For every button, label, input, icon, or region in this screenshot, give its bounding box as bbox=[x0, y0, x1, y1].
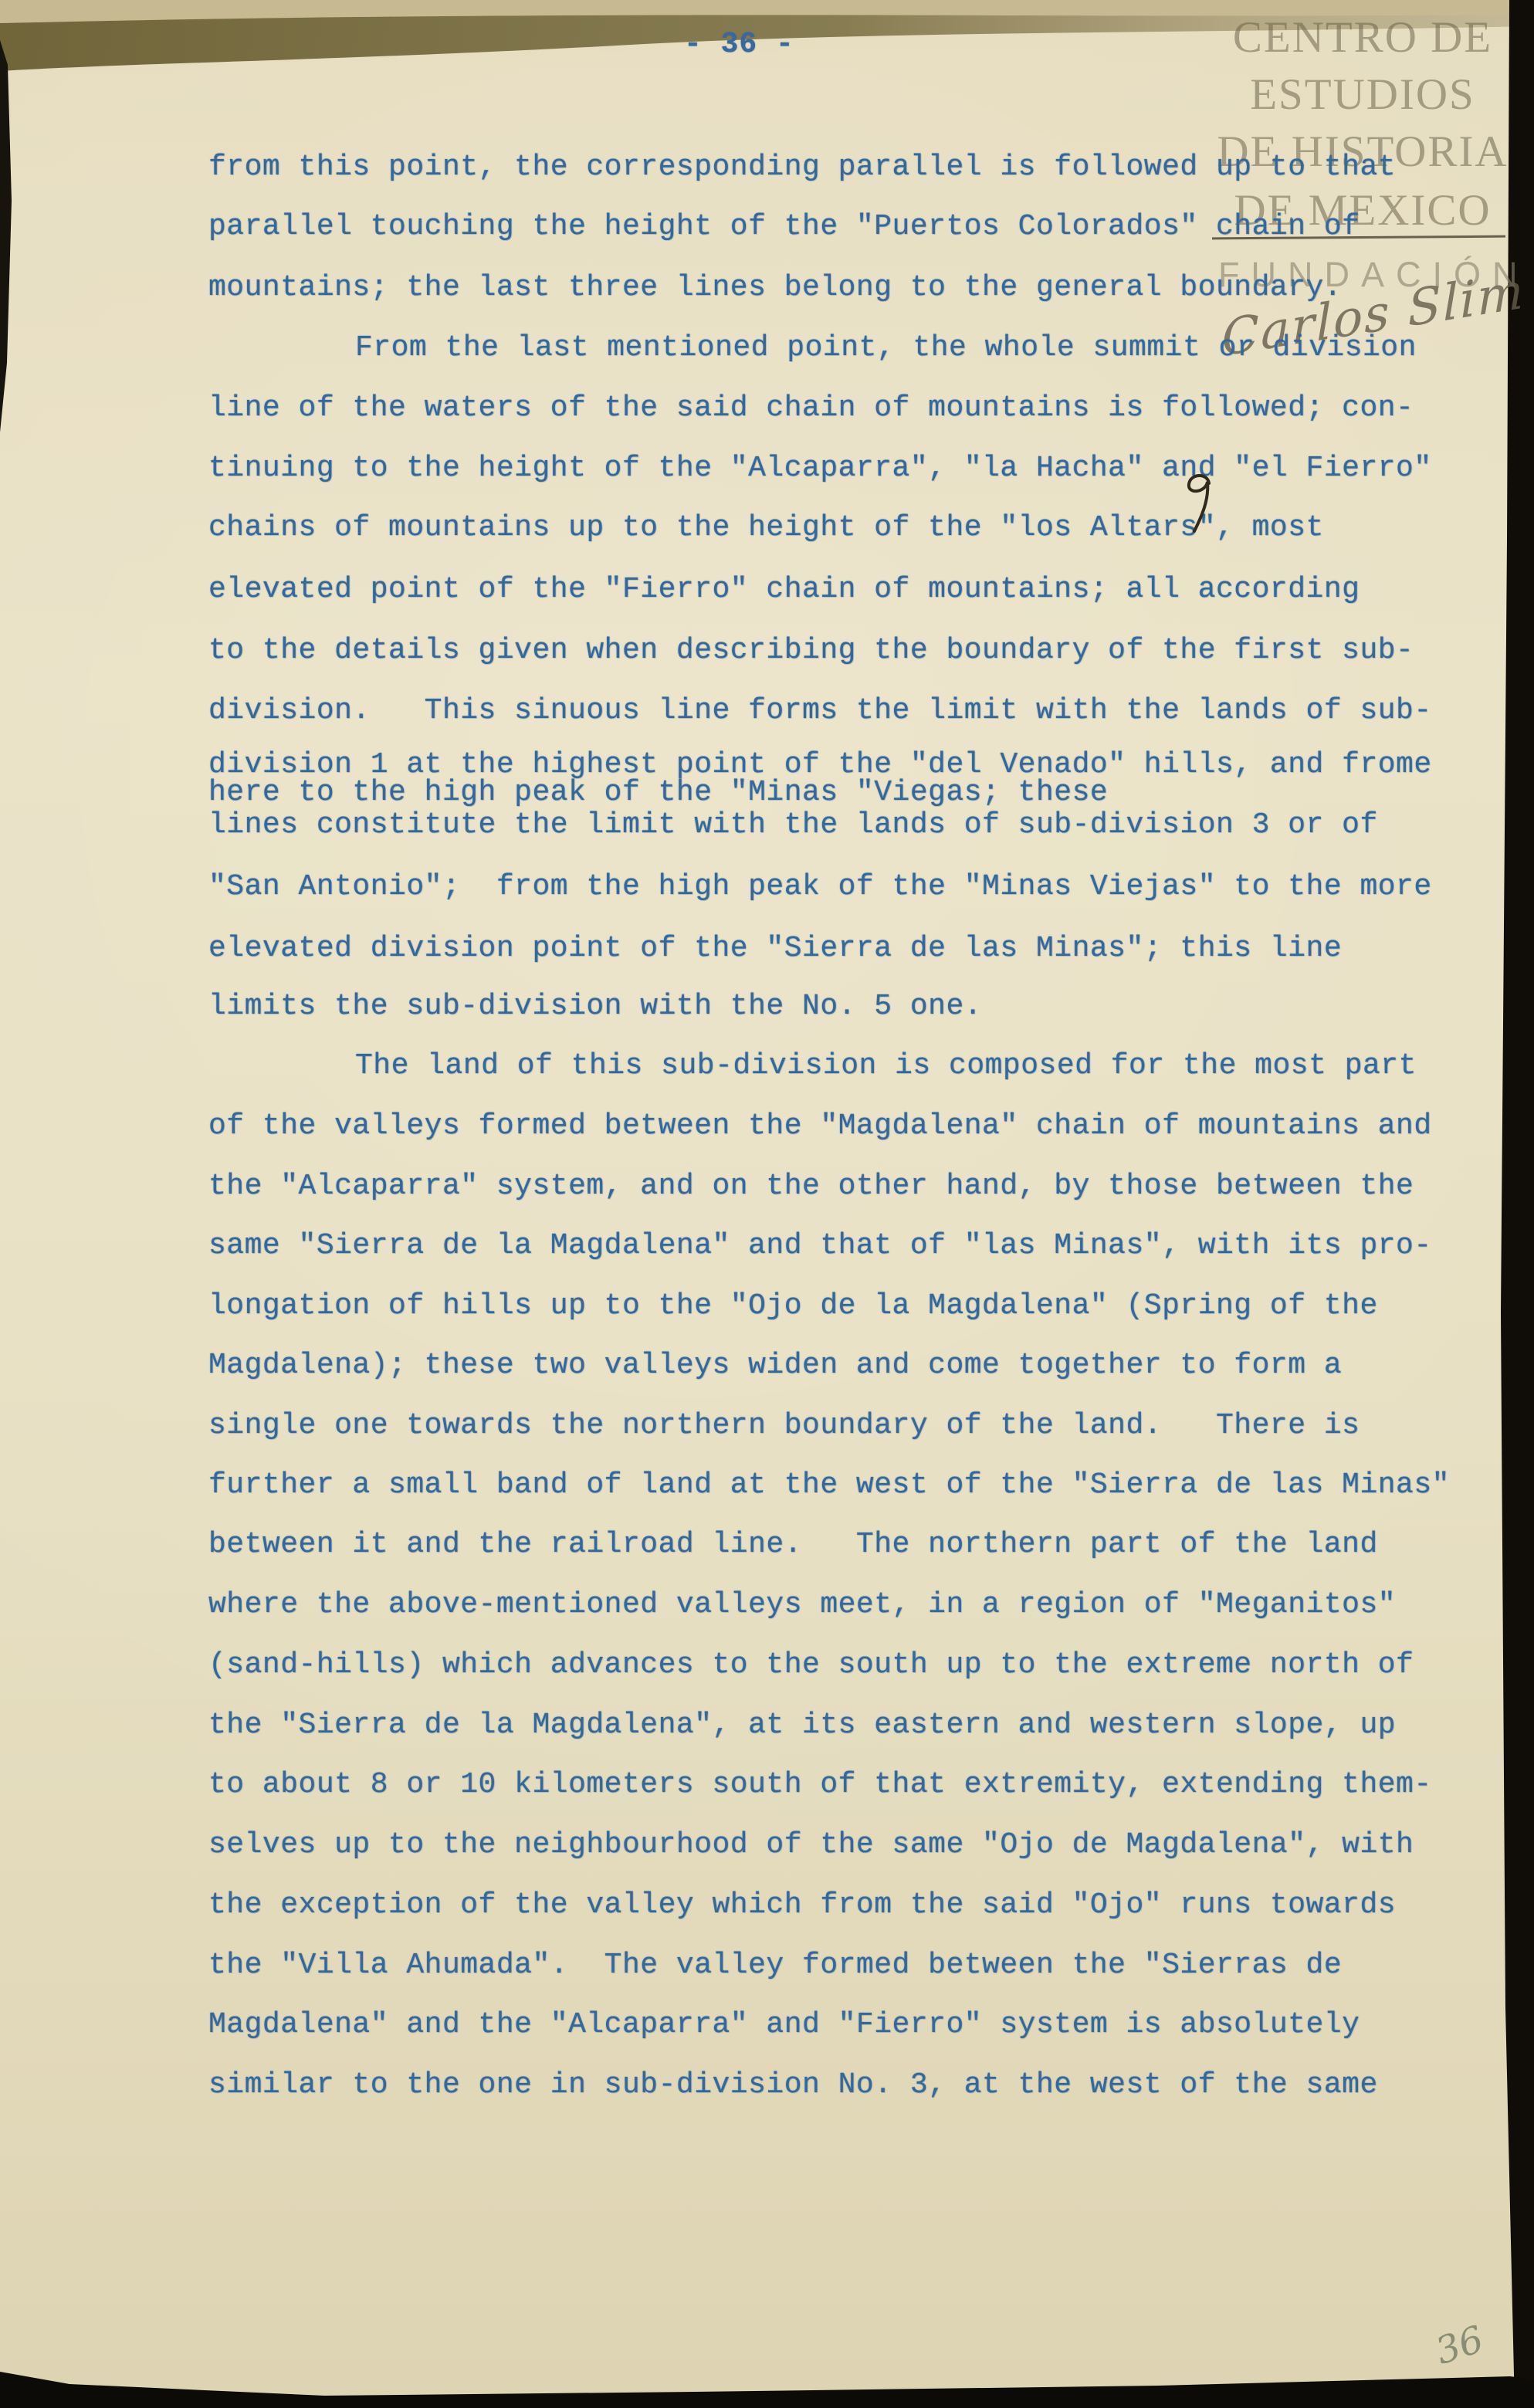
typewritten-line: From the last mentioned point, the whole… bbox=[355, 332, 1417, 364]
typewritten-line: division. This sinuous line forms the li… bbox=[208, 695, 1432, 727]
typewritten-line: limits the sub-division with the No. 5 o… bbox=[208, 991, 982, 1023]
typewritten-line: the "Sierra de la Magdalena", at its eas… bbox=[208, 1709, 1396, 1742]
typewritten-line: the "Alcaparra" system, and on the other… bbox=[208, 1170, 1414, 1203]
right-edge-shadow bbox=[1501, 0, 1534, 2408]
typewritten-line: elevated division point of the "Sierra d… bbox=[208, 933, 1342, 965]
typewritten-line: the "Villa Ahumada". The valley formed b… bbox=[208, 1949, 1342, 1982]
typewritten-line: Magdalena); these two valleys widen and … bbox=[208, 1350, 1342, 1382]
typewritten-line: mountains; the last three lines belong t… bbox=[208, 272, 1342, 304]
typewritten-line: to the details given when describing the… bbox=[208, 635, 1414, 667]
typewritten-line: elevated point of the "Fierro" chain of … bbox=[208, 574, 1360, 606]
watermark-line-2: ESTUDIOS bbox=[1193, 69, 1532, 120]
scanned-document-page: - 36 - CENTRO DE ESTUDIOS DE HISTORIA DE… bbox=[0, 0, 1534, 2408]
typewritten-line: of the valleys formed between the "Magda… bbox=[208, 1110, 1432, 1143]
typewritten-line: where the above-mentioned valleys meet, … bbox=[208, 1589, 1396, 1621]
handwritten-letter-e-icon bbox=[1178, 462, 1232, 539]
typewritten-line: parallel touching the height of the "Pue… bbox=[208, 211, 1360, 243]
typewritten-line: lines constitute the limit with the land… bbox=[208, 809, 1378, 842]
typewritten-line: to about 8 or 10 kilometers south of tha… bbox=[208, 1769, 1432, 1801]
typewritten-line: further a small band of land at the west… bbox=[208, 1469, 1450, 1502]
typewritten-line-interlined: here to the high peak of the "Minas "Vie… bbox=[208, 777, 1108, 809]
page-number-bottom-handwritten: 36 bbox=[1431, 2318, 1488, 2373]
typewritten-line: tinuing to the height of the "Alcaparra"… bbox=[208, 452, 1432, 485]
left-edge-tear bbox=[0, 40, 12, 432]
typewritten-line: similar to the one in sub-division No. 3… bbox=[208, 2069, 1378, 2101]
typewritten-line: "San Antonio"; from the high peak of the… bbox=[208, 871, 1432, 903]
typewritten-line: single one towards the northern boundary… bbox=[208, 1410, 1360, 1442]
page-number-top: - 36 - bbox=[684, 28, 794, 61]
typewritten-line: chains of mountains up to the height of … bbox=[208, 512, 1324, 544]
typewritten-line: (sand-hills) which advances to the south… bbox=[208, 1649, 1414, 1682]
typewritten-line: Magdalena" and the "Alcaparra" and "Fier… bbox=[208, 2009, 1360, 2041]
typewritten-line: line of the waters of the said chain of … bbox=[208, 392, 1414, 425]
bottom-edge-shadow bbox=[0, 2372, 1534, 2408]
typewritten-line: longation of hills up to the "Ojo de la … bbox=[208, 1290, 1378, 1323]
typewritten-line: The land of this sub-division is compose… bbox=[355, 1050, 1417, 1082]
typewritten-line: the exception of the valley which from t… bbox=[208, 1889, 1396, 1922]
typewritten-line: same "Sierra de la Magdalena" and that o… bbox=[208, 1230, 1432, 1262]
watermark-line-1: CENTRO DE bbox=[1193, 12, 1532, 63]
typewritten-line: selves up to the neighbourhood of the sa… bbox=[208, 1829, 1414, 1861]
typewritten-line: between it and the railroad line. The no… bbox=[208, 1529, 1378, 1561]
typewritten-line: from this point, the corresponding paral… bbox=[208, 151, 1396, 184]
